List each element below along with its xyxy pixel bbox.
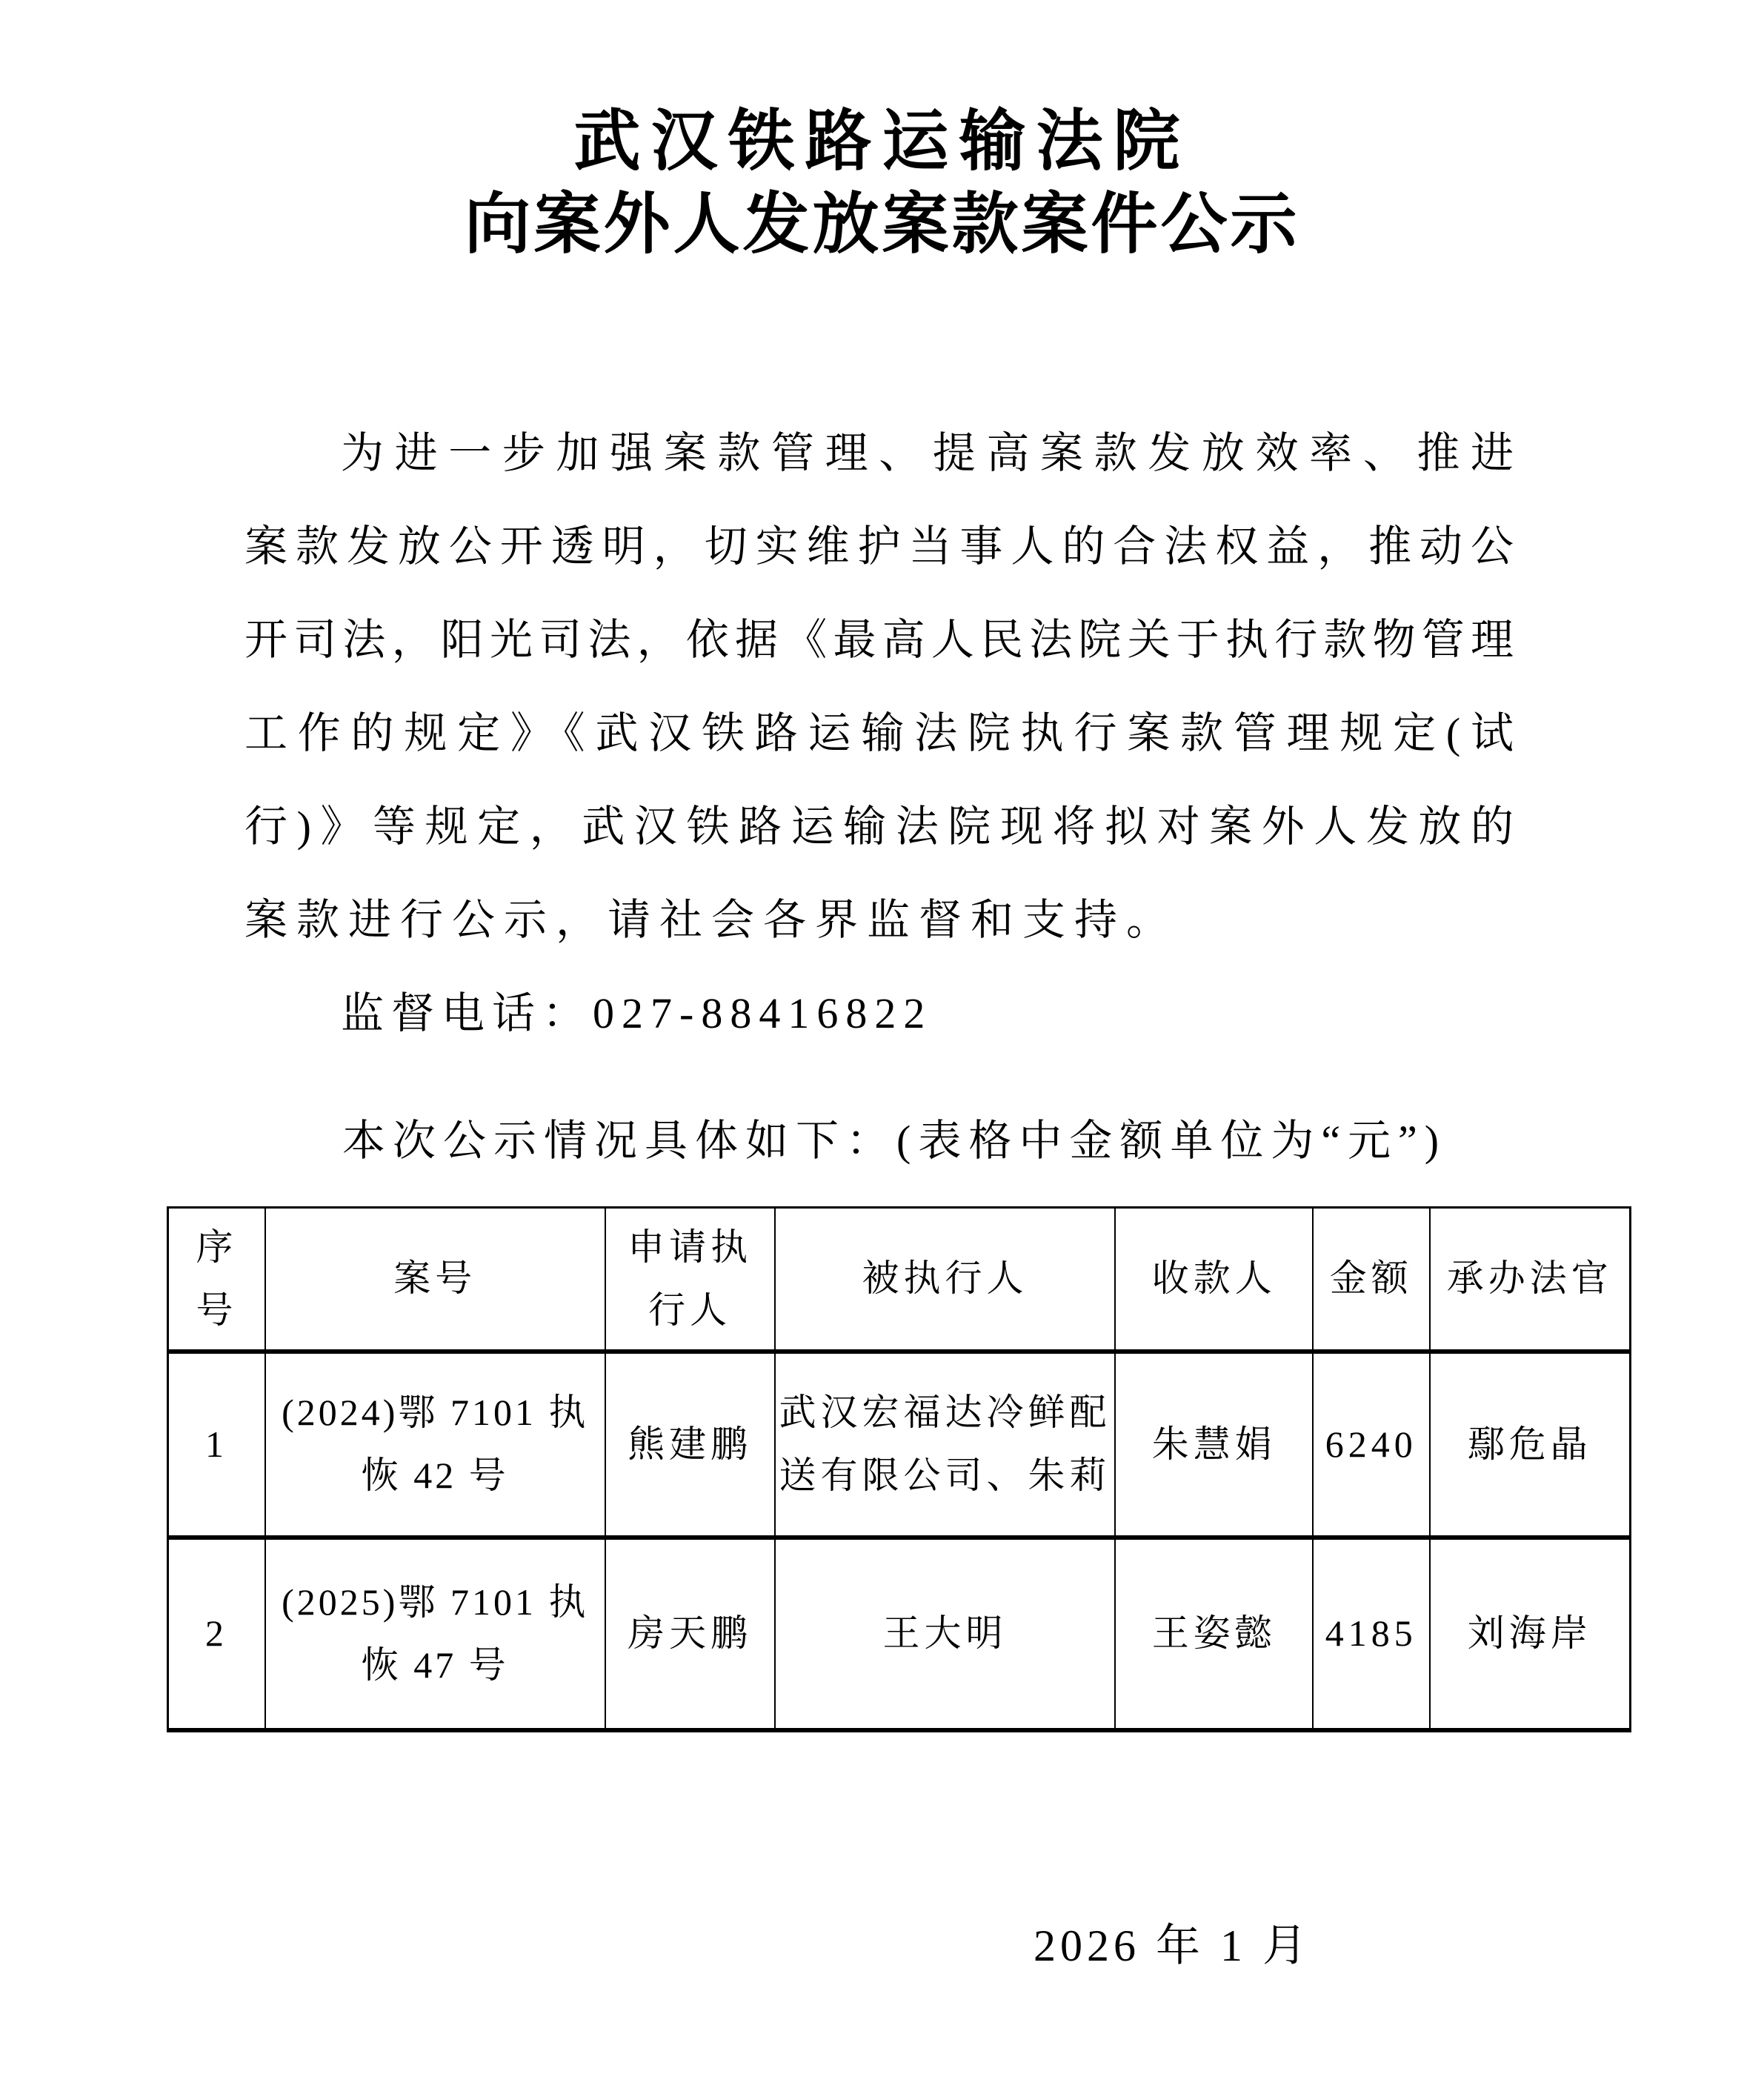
cell-judge: 刘海岸 xyxy=(1430,1538,1631,1730)
cell-applicant: 房天鹏 xyxy=(605,1538,775,1730)
cases-table-head: 序 号案号申请执 行人被执行人收款人金额承办法官 xyxy=(168,1208,1631,1352)
body-paragraph: 为进一步加强案款管理、提高案款发放效率、推进案款发放公开透明，切实维护当事人的合… xyxy=(244,407,1520,967)
table-header-row: 序 号案号申请执 行人被执行人收款人金额承办法官 xyxy=(168,1208,1631,1352)
column-header-respondent: 被执行人 xyxy=(775,1208,1116,1352)
cell-respondent: 王大明 xyxy=(775,1538,1116,1730)
column-header-seq: 序 号 xyxy=(168,1208,265,1352)
cases-table: 序 号案号申请执 行人被执行人收款人金额承办法官 1(2024)鄂 7101 执… xyxy=(167,1206,1631,1732)
cell-payee: 朱慧娟 xyxy=(1115,1352,1313,1538)
cases-table-body: 1(2024)鄂 7101 执 恢 42 号熊建鹏武汉宏福达冷鲜配 送有限公司、… xyxy=(168,1352,1631,1730)
cell-seq: 2 xyxy=(168,1538,265,1730)
cell-amount: 6240 xyxy=(1313,1352,1430,1538)
document-page: 武汉铁路运输法院 向案外人发放案款案件公示 为进一步加强案款管理、提高案款发放效… xyxy=(0,0,1764,2074)
column-header-applicant: 申请执 行人 xyxy=(605,1208,775,1352)
table-intro-line: 本次公示情况具体如下：(表格中金额单位为“元”) xyxy=(342,1094,1764,1188)
body-line: 案款发放公开透明，切实维护当事人的合法权益，推动公 xyxy=(244,500,1520,594)
body-line: 工作的规定》《武汉铁路运输法院执行案款管理规定(试 xyxy=(244,687,1520,780)
column-header-payee: 收款人 xyxy=(1115,1208,1313,1352)
body-line: 开司法，阳光司法，依据《最高人民法院关于执行款物管理 xyxy=(244,594,1520,687)
table-row: 1(2024)鄂 7101 执 恢 42 号熊建鹏武汉宏福达冷鲜配 送有限公司、… xyxy=(168,1352,1631,1538)
cell-judge: 鄢危晶 xyxy=(1430,1352,1631,1538)
column-header-judge: 承办法官 xyxy=(1430,1208,1631,1352)
supervision-phone-line: 监督电话：027-88416822 xyxy=(341,967,1764,1060)
cell-respondent: 武汉宏福达冷鲜配 送有限公司、朱莉 xyxy=(775,1352,1116,1538)
body-line: 行)》等规定，武汉铁路运输法院现将拟对案外人发放的 xyxy=(244,780,1520,874)
cell-amount: 4185 xyxy=(1313,1538,1430,1730)
cell-seq: 1 xyxy=(168,1352,265,1538)
column-header-case_no: 案号 xyxy=(265,1208,605,1352)
table-row: 2(2025)鄂 7101 执 恢 47 号房天鹏王大明王姿懿4185刘海岸 xyxy=(168,1538,1631,1730)
cell-case_no: (2025)鄂 7101 执 恢 47 号 xyxy=(265,1538,605,1730)
body-line: 为进一步加强案款管理、提高案款发放效率、推进 xyxy=(244,407,1520,500)
body-line: 案款进行公示，请社会各界监督和支持。 xyxy=(244,874,1520,967)
title-line-2: 向案外人发放案款案件公示 xyxy=(0,183,1764,266)
title-line-1: 武汉铁路运输法院 xyxy=(0,100,1764,183)
column-header-amount: 金额 xyxy=(1313,1208,1430,1352)
cell-applicant: 熊建鹏 xyxy=(605,1352,775,1538)
document-title: 武汉铁路运输法院 向案外人发放案款案件公示 xyxy=(0,0,1764,266)
document-date: 2026 年 1 月 xyxy=(1034,1910,1764,1974)
cell-payee: 王姿懿 xyxy=(1115,1538,1313,1730)
cell-case_no: (2024)鄂 7101 执 恢 42 号 xyxy=(265,1352,605,1538)
